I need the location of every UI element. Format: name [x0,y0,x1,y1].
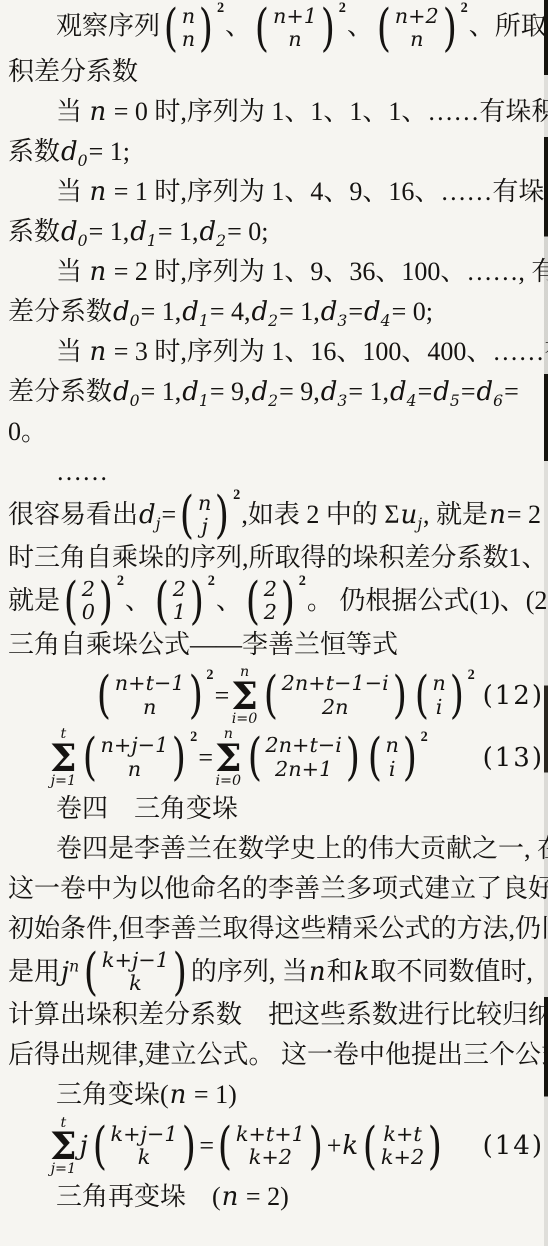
text-run: = 2) [239,1182,288,1211]
math-variable: d0 [60,132,89,172]
text-run: 当 [56,337,89,366]
document-body: 观察序列(nn)2、(n+1n)2、(n+2n)2、所取得的垛积差分系数当 n … [8,5,548,1217]
line-content: 观察序列(nn)2、(n+1n)2、(n+2n)2、所取得的垛 [56,5,548,52]
math-variable: d2 [251,292,280,332]
math-variable: uj [399,495,423,535]
math-base: d [61,137,78,167]
text-line: …… [8,452,548,492]
text-run: = 1, [158,212,199,252]
math-subscript: 3 [337,312,347,330]
scanned-document-page: 观察序列(nn)2、(n+1n)2、(n+2n)2、所取得的垛积差分系数当 n … [0,0,548,1246]
text-run: = [198,738,213,778]
math-variable: n [89,257,108,287]
math-base: n [170,1080,187,1110]
left-paren: ( [82,735,96,780]
left-paren: ( [363,1124,377,1169]
math-subscript: 1 [147,232,157,250]
math-variable: d4 [389,372,418,412]
right-paren: ) [190,579,204,624]
right-paren: ) [450,673,464,718]
text-run: = 1; [89,132,130,172]
binomial-bottom: 2n+1 [275,758,332,781]
math-base: d [477,377,494,407]
text-run: …… [56,457,108,486]
text-run: 取不同数值时, [370,952,533,992]
binomial-bottom: n [128,758,141,781]
text-line: 观察序列(nn)2、(n+1n)2、(n+2n)2、所取得的垛 [8,5,548,52]
left-paren: ( [255,6,269,51]
line-content: 是用 jn(k+j−1k) 的序列, 当 n 和 k 取不同数值时, [8,949,533,996]
line-content: 时三角自乘垛的序列,所取得的垛积差分系数1、4、1 [8,538,548,578]
binomial-stack: n+1n [273,5,317,52]
line-content: 当 n = 0 时,序列为 1、1、1、1、……有垛积差分 [56,92,548,132]
text-run: = 1) [187,1080,236,1109]
sigma-glyph: Σ [50,1130,77,1162]
math-base: n [90,257,107,287]
binomial-stack: ni [385,734,398,781]
line-content: 差分系数 d0 = 1,d1 = 4,d2 = 1,d3 = d4 = 0; [8,292,433,332]
binomial-top: k+t [383,1123,421,1146]
text-run: = [504,372,519,412]
line-content: 卷四是李善兰在数学史上的伟大贡献之一, 在 [56,829,548,869]
text-run: 的序列, 当 [191,952,308,992]
binomial-stack: 2n+t−1−i2n [282,672,389,719]
text-run: 系数 [8,212,60,252]
binomial-exponent: 2 [233,488,240,502]
right-paren: ) [393,673,407,718]
binomial-exponent: 2 [339,1,346,15]
binomial-stack: 2n+t−i2n+1 [265,734,342,781]
math-superscript: n [69,957,79,975]
binomial-coefficient: (n+2n)2 [374,5,468,52]
right-paren: ) [321,6,335,51]
text-run: = 2 [507,495,541,535]
text-line: 系数 d0 = 1; [8,132,548,172]
right-paren: ) [281,579,295,624]
binomial-coefficient: (n+1n)2 [252,5,346,52]
text-line: 系数 d0 = 1,d1 = 1,d2 = 0; [8,212,548,252]
text-run: 、所取得的垛 [469,11,548,40]
binomial-top: n+j−1 [100,734,168,757]
binomial-stack: n+2n [395,5,439,52]
equation-number: (12) [483,676,544,716]
math-variable: jn [60,952,80,992]
line-content: 系数 d0 = 1,d1 = 1,d2 = 0; [8,212,268,252]
math-base: d [61,217,78,247]
text-run: 后得出规律,建立公式。 这一卷中他提出三个公式: [8,1035,548,1075]
binomial-stack: k+t+1k+2 [236,1123,305,1170]
right-paren: ) [428,1124,442,1169]
text-run: = [418,372,433,412]
text-run: = [215,676,230,716]
text-run: = 9, [279,372,320,412]
math-base: d [130,217,147,247]
right-paren: ) [99,579,113,624]
text-line: 三角再变垛 (n = 2) [8,1177,548,1217]
math-variable: k [353,952,371,992]
text-run: 差分系数 [8,372,112,412]
text-run: = 4, [210,292,251,332]
text-run: 。 仍根据公式(1)、(2)就得 [307,581,548,621]
right-paren: ) [403,735,417,780]
text-line: 这一卷中为以他命名的李善兰多项式建立了良好的 [8,869,548,909]
summation-operator: tΣj=1 [50,727,77,788]
math-base: d [252,297,269,327]
math-subscript: 1 [199,392,209,410]
left-paren: ( [246,579,260,624]
math-subscript: 1 [199,312,209,330]
binomial-top: k+j−1 [111,1123,178,1146]
summation-operator: nΣi=0 [231,665,258,726]
text-run: = 0; [227,212,268,252]
text-run: = [199,1126,214,1166]
math-base: n [489,500,506,530]
binomial-bottom: j [201,515,207,538]
math-variable: d3 [320,292,349,332]
right-paren: ) [443,6,457,51]
text-run: 是用 [8,952,60,992]
right-paren: ) [173,950,187,995]
math-variable: d1 [129,212,158,252]
text-run: = 0; [392,292,433,332]
math-variable: n [488,495,507,535]
binomial-coefficient: (k+j−1k) [90,1123,199,1170]
left-paren: ( [414,673,428,718]
text-run: 计算出垛积差分系数 把这些系数进行比较归纳,然 [8,995,548,1035]
text-run: = 1 时,序列为 1、4、9、16、……有垛积差分 [107,177,548,206]
binomial-exponent: 2 [208,574,215,588]
text-run: + [327,1126,342,1166]
text-line: 三角自乘垛公式——李善兰恒等式 [8,625,548,665]
text-run: 很容易看出 [8,495,138,535]
text-run: = 9, [210,372,251,412]
binomial-stack: 20 [82,578,95,625]
sigma-glyph: Σ [231,680,258,712]
text-run: = 1, [141,292,182,332]
line-content: 积差分系数 [8,52,138,92]
binomial-top: n+t−1 [115,672,185,695]
text-line: 0。 [8,412,548,452]
math-base: d [433,377,450,407]
math-variable: d0 [112,372,141,412]
math-subscript: 0 [78,152,88,170]
text-line: 差分系数 d0 = 1,d1 = 9,d2 = 9, d3 = 1, d4 = … [8,372,548,412]
line-content: 卷四 三角变垛 [56,789,238,829]
text-run: 和 [327,952,353,992]
binomial-bottom: i [436,696,443,719]
sum-lower-limit: i=0 [232,712,258,726]
binomial-bottom: k+2 [381,1146,424,1169]
formula-line: tΣj=1(n+j−1n)2 = nΣi=0(2n+t−i2n+1)(ni)2(… [8,727,548,789]
text-run: 三角变垛( [56,1080,169,1109]
text-run: , 就是 [423,495,488,535]
line-content: 当 n = 1 时,序列为 1、4、9、16、……有垛积差分 [56,172,548,212]
binomial-exponent: 2 [299,574,306,588]
math-variable: d2 [199,212,228,252]
binomial-top: n+1 [273,5,317,28]
text-run: 当 [56,177,89,206]
text-run: 当 [56,257,89,286]
binomial-top: 2 [173,578,186,601]
text-line: 当 n = 3 时,序列为 1、16、100、400、……有垛积 [8,332,548,372]
math-base: d [182,297,199,327]
right-paren: ) [346,735,360,780]
binomial-top: n [198,492,211,515]
line-content: 当 n = 3 时,序列为 1、16、100、400、……有垛积 [56,332,548,372]
sum-lower-limit: j=1 [51,1162,77,1176]
binomial-coefficient: (nn)2 [161,5,224,52]
math-subscript: 3 [337,392,347,410]
left-paren: ( [180,493,194,538]
binomial-coefficient: (20)2 [61,578,124,625]
math-subscript: 4 [381,312,391,330]
binomial-stack: k+j−1k [102,949,169,996]
line-content: 这一卷中为以他命名的李善兰多项式建立了良好的 [8,869,548,909]
math-variable: d1 [181,372,210,412]
sigma-glyph: Σ [50,742,77,774]
binomial-bottom: k+2 [249,1146,292,1169]
line-content: 后得出规律,建立公式。 这一卷中他提出三个公式: [8,1035,548,1075]
binomial-top: n+2 [395,5,439,28]
math-subscript: 6 [493,392,503,410]
text-line: 后得出规律,建立公式。 这一卷中他提出三个公式: [8,1035,548,1075]
binomial-coefficient: (k+j−1k) [81,949,190,996]
binomial-coefficient: (ni)2 [365,734,428,781]
math-variable: k [341,1126,359,1166]
binomial-coefficient: (k+tk+2) [360,1123,445,1170]
line-content: tΣj=1(n+j−1n)2 = nΣi=0(2n+t−i2n+1)(ni)2 [48,727,429,788]
math-base: k [354,957,370,987]
math-subscript: 2 [268,392,278,410]
binomial-stack: nn [182,5,195,52]
math-variable: j [79,1126,89,1166]
text-run: 观察序列 [56,11,160,40]
text-run: = 0 时,序列为 1、1、1、1、……有垛积差分 [107,97,548,126]
binomial-coefficient: (ni)2 [412,672,475,719]
binomial-bottom: k [138,1146,151,1169]
text-line: 积差分系数 [8,52,548,92]
text-run: = 1, [89,212,130,252]
math-variable: d2 [251,372,280,412]
line-content: 三角变垛(n = 1) [56,1075,237,1115]
text-run: = 2 时,序列为 1、9、36、100、……, 有垛积 [107,257,548,286]
text-line: 很容易看出dj = (nj)2,如表 2 中的 Σuj, 就是 n = 2 [8,492,548,539]
math-subscript: j [417,515,422,533]
text-line: 时三角自乘垛的序列,所取得的垛积差分系数1、4、1 [8,538,548,578]
binomial-exponent: 2 [206,668,213,682]
binomial-exponent: 2 [217,1,224,15]
text-run: 这一卷中为以他命名的李善兰多项式建立了良好的 [8,869,548,909]
formula-line: (n+t−1n)2 = nΣi=0(2n+t−1−i2n)(ni)2(12) [8,665,548,727]
math-base: d [113,377,130,407]
left-paren: ( [367,735,381,780]
binomial-exponent: 2 [421,730,428,744]
text-run: 就是 [8,581,60,621]
left-paren: ( [264,673,278,718]
math-variable: n [169,1080,188,1110]
binomial-bottom: k [129,972,142,995]
line-content: (n+t−1n)2 = nΣi=0(2n+t−1−i2n)(ni)2 [93,665,476,726]
text-line: 当 n = 2 时,序列为 1、9、36、100、……, 有垛积 [8,252,548,292]
binomial-stack: nj [198,492,211,539]
text-run: 三角自乘垛公式——李善兰恒等式 [8,625,398,665]
text-run: 、 [216,581,242,621]
binomial-stack: ni [432,672,445,719]
math-variable: n [308,952,327,992]
summation-operator: nΣi=0 [215,727,242,788]
binomial-bottom: 1 [173,601,186,624]
binomial-coefficient: (nj)2 [177,492,240,539]
text-line: 差分系数 d0 = 1,d1 = 4,d2 = 1,d3 = d4 = 0; [8,292,548,332]
math-base: d [364,297,381,327]
line-content: 就是(20)2、(21)2、(22)2。 仍根据公式(1)、(2)就得 [8,578,548,625]
line-content: 三角再变垛 (n = 2) [56,1177,289,1217]
math-variable: n [89,97,108,127]
text-run: 积差分系数 [8,52,138,92]
binomial-bottom: 0 [82,601,95,624]
binomial-coefficient: (k+t+1k+2) [215,1123,326,1170]
binomial-coefficient: (n+j−1n)2 [80,734,198,781]
text-line: 计算出垛积差分系数 把这些系数进行比较归纳,然 [8,995,548,1035]
text-run: = 3 时,序列为 1、16、100、400、……有垛积 [107,337,548,366]
left-paren: ( [84,950,98,995]
right-paren: ) [188,673,202,718]
math-base: d [252,377,269,407]
line-content: tΣj=1j(k+j−1k) = (k+t+1k+2) + k(k+tk+2) [48,1116,446,1177]
binomial-coefficient: (2n+t−i2n+1) [245,734,363,781]
binomial-top: n [432,672,445,695]
binomial-bottom: n [182,28,195,51]
summation-operator: tΣj=1 [50,1116,77,1177]
math-base: n [222,1182,239,1212]
binomial-top: 2n+t−i [265,734,342,757]
math-subscript: j [156,515,161,533]
text-run: 三角再变垛 ( [56,1182,221,1211]
binomial-top: k+t+1 [236,1123,305,1146]
binomial-top: n [385,734,398,757]
math-variable: d4 [363,292,392,332]
binomial-stack: n+j−1n [100,734,168,781]
binomial-stack: k+tk+2 [381,1123,424,1170]
math-variable: d0 [112,292,141,332]
text-line: 就是(20)2、(21)2、(22)2。 仍根据公式(1)、(2)就得 [8,578,548,625]
text-run: 系数 [8,132,60,172]
line-content: 三角自乘垛公式——李善兰恒等式 [8,625,398,665]
line-content: 很容易看出dj = (nj)2,如表 2 中的 Σuj, 就是 n = 2 [8,492,541,539]
text-run: 当 [56,97,89,126]
math-subscript: 0 [130,312,140,330]
math-variable: n [89,177,108,207]
left-paren: ( [64,579,78,624]
math-base: d [390,377,407,407]
binomial-coefficient: (21)2 [152,578,215,625]
text-line: 是用 jn(k+j−1k) 的序列, 当 n 和 k 取不同数值时, [8,949,548,996]
text-line: 当 n = 0 时,序列为 1、1、1、1、……有垛积差分 [8,92,548,132]
text-line: 卷四是李善兰在数学史上的伟大贡献之一, 在 [8,829,548,869]
right-paren: ) [172,735,186,780]
left-paren: ( [164,6,178,51]
left-paren: ( [155,579,169,624]
binomial-bottom: 2n [322,696,349,719]
right-paren: ) [309,1124,323,1169]
binomial-bottom: n [410,28,423,51]
math-base: n [90,97,107,127]
binomial-exponent: 2 [117,574,124,588]
math-variable: d1 [181,292,210,332]
right-paren: ) [215,493,229,538]
text-line: 当 n = 1 时,序列为 1、4、9、16、……有垛积差分 [8,172,548,212]
math-base: d [321,297,338,327]
equation-number: (13) [483,738,544,778]
math-variable: d3 [320,372,349,412]
math-variable: dj [138,495,162,535]
math-base: d [182,377,199,407]
line-content: 差分系数 d0 = 1,d1 = 9,d2 = 9, d3 = 1, d4 = … [8,372,519,412]
math-base: u [400,500,417,530]
sum-lower-limit: i=0 [215,774,241,788]
text-run: 0。 [8,412,47,452]
binomial-bottom: n [288,28,301,51]
right-paren: ) [199,6,213,51]
math-base: d [200,217,217,247]
text-run: 、 [225,11,251,40]
math-base: n [90,177,107,207]
math-base: n [90,337,107,367]
binomial-coefficient: (22)2 [243,578,306,625]
math-base: n [309,957,326,987]
left-paren: ( [218,1124,232,1169]
text-run: 卷四是李善兰在数学史上的伟大贡献之一, 在 [56,834,548,863]
math-subscript: 0 [130,392,140,410]
math-variable: d0 [60,212,89,252]
math-subscript: 2 [216,232,226,250]
equation-number: (14) [483,1126,544,1166]
binomial-coefficient: (n+t−1n)2 [94,672,214,719]
binomial-bottom: i [389,758,396,781]
binomial-coefficient: (2n+t−1−i2n) [261,672,410,719]
left-paren: ( [247,735,261,780]
binomial-exponent: 2 [461,1,468,15]
text-run: 卷四 三角变垛 [56,794,238,823]
text-run: = 1, [141,372,182,412]
binomial-bottom: 2 [264,601,277,624]
math-base: k [342,1131,358,1161]
binomial-top: k+j−1 [102,949,169,972]
math-base: d [113,297,130,327]
binomial-top: 2 [264,578,277,601]
text-run: ,如表 2 中的 Σ [241,495,399,535]
binomial-stack: n+t−1n [115,672,185,719]
text-run: = 1, [348,372,389,412]
left-paren: ( [92,1124,106,1169]
text-run: = 1, [279,292,320,332]
math-variable: d6 [476,372,505,412]
math-subscript: 0 [78,232,88,250]
left-paren: ( [377,6,391,51]
text-run: 时三角自乘垛的序列,所取得的垛积差分系数1、4、1 [8,538,548,578]
text-run: = [461,372,476,412]
math-base: j [80,1131,88,1161]
math-base: j [61,957,69,987]
line-content: 当 n = 2 时,序列为 1、9、36、100、……, 有垛积 [56,252,548,292]
left-paren: ( [97,673,111,718]
line-content: 0。 [8,412,47,452]
text-line: 卷四 三角变垛 [8,789,548,829]
binomial-top: n [182,5,195,28]
text-run: 差分系数 [8,292,112,332]
line-content: …… [56,452,108,492]
formula-line: tΣj=1j(k+j−1k) = (k+t+1k+2) + k(k+tk+2)(… [8,1115,548,1177]
